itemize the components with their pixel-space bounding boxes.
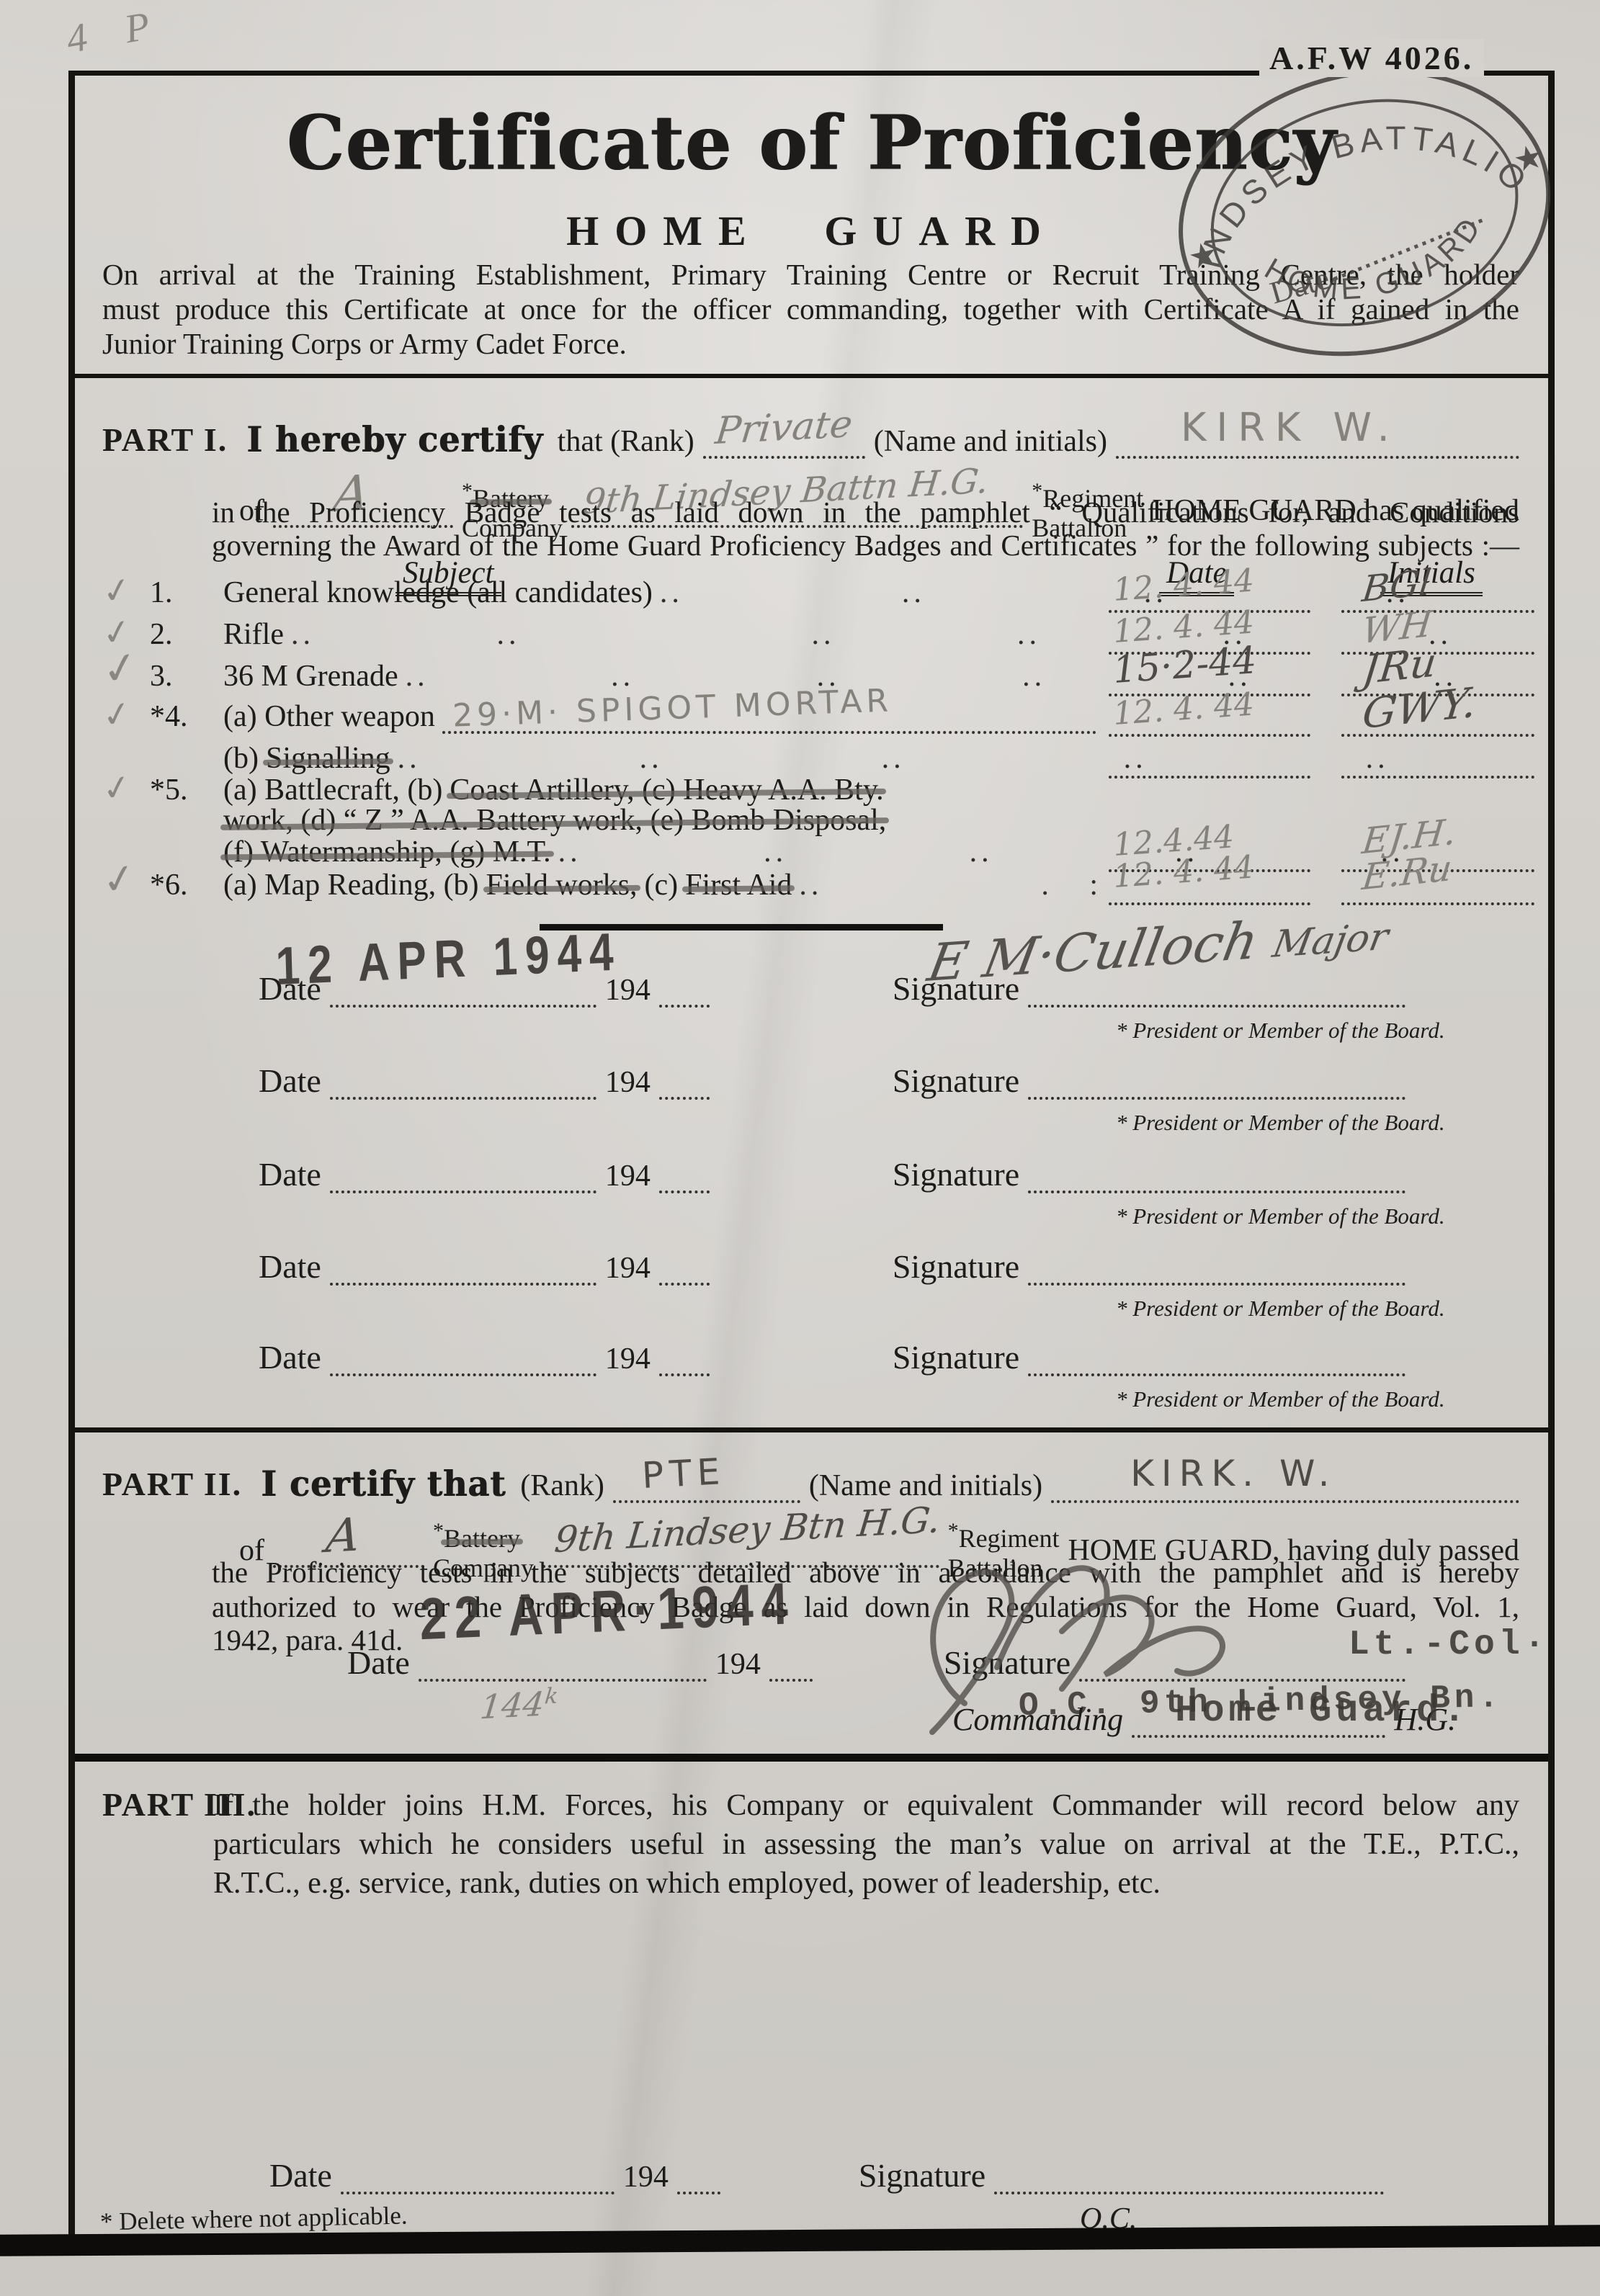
- signature-label: Signature: [893, 1155, 1019, 1193]
- row-number: 1.: [150, 575, 216, 610]
- year-prefix: 194: [605, 1342, 651, 1376]
- battery-label: Battery: [444, 1524, 520, 1553]
- date-label: Date: [259, 1062, 321, 1100]
- board-footnote: * President or Member of the Board.: [1116, 1386, 1445, 1412]
- board-footnote: * President or Member of the Board.: [1116, 1018, 1445, 1044]
- initials-handwritten: E.Ru: [1360, 848, 1454, 898]
- dot-leader: .. . :: [799, 868, 1102, 902]
- initials-cell: E.Ru: [1341, 861, 1534, 905]
- signature-label: Signature: [893, 1062, 1019, 1100]
- part1-paragraph: in the Proficiency Badge tests as laid d…: [212, 498, 1519, 527]
- delete-footnote: * Delete where not applicable.: [100, 2202, 408, 2237]
- board-footnote: * President or Member of the Board.: [1116, 1296, 1445, 1322]
- board-footnote: * President or Member of the Board.: [1116, 1203, 1445, 1229]
- row-number: *6.: [150, 868, 216, 902]
- date-handwritten: 12. 4. 44: [1112, 562, 1255, 609]
- signature-label: Signature: [893, 1247, 1019, 1286]
- subject-text: (a) Other weapon: [223, 699, 435, 734]
- date-label: Date: [269, 2156, 332, 2194]
- signature-label: Signature: [893, 1338, 1019, 1376]
- part3-paragraph: If the holder joins H.M. Forces, his Com…: [213, 1788, 1519, 1823]
- year-prefix: 194: [623, 2160, 669, 2194]
- date-field: [341, 2192, 614, 2194]
- initials-cell: GWY.: [1341, 692, 1534, 737]
- pencil-check-icon: ✓: [98, 640, 146, 697]
- signature-label: Signature: [859, 2156, 986, 2194]
- row-number: 3.: [150, 659, 216, 694]
- board-signature-row: Date 194 Signature: [259, 1335, 1405, 1376]
- date-label: Date: [259, 1338, 321, 1376]
- date-field: [330, 1190, 596, 1193]
- date-label: Date: [259, 1155, 321, 1193]
- date-field: [330, 1005, 596, 1008]
- pencil-check-icon: ✓: [99, 691, 146, 737]
- subject-row: ✓ 2. Rifle .. .. .. .. .. .. ..: [102, 610, 1096, 652]
- initials-handwritten: BGl: [1360, 562, 1433, 610]
- subject-text-struck: First Aid: [685, 868, 792, 902]
- subject-row: ✓ 1. General knowledge (all candidates) …: [102, 568, 1096, 610]
- initials-cell: BGl: [1341, 568, 1534, 613]
- initials-cell: [1341, 734, 1534, 779]
- date-handwritten: 15·2-44: [1112, 639, 1258, 692]
- subject-text: Rifle: [223, 617, 284, 652]
- pencil-check-icon: ✓: [99, 567, 146, 614]
- subject-row: ✓ 3. 36 M Grenade .. .. .. .. .. ..: [102, 652, 1096, 694]
- year-prefix: 194: [715, 1647, 761, 1682]
- commanding-officer-signature: [882, 1487, 1328, 1746]
- pencil-date-note: 144k: [478, 1684, 559, 1727]
- subject-text: General knowledge (all candidates): [223, 575, 653, 610]
- signature-field: [994, 2192, 1384, 2194]
- subject-row: ✓ *4. (a) Other weapon 29·M· SPIGOT MORT…: [102, 692, 1096, 734]
- signature-field: [1028, 1097, 1405, 1100]
- footer-signature-row: Date 194 Signature: [269, 2154, 1384, 2194]
- date-cell: 12. 4. 44: [1109, 861, 1310, 905]
- date-cell: [1109, 734, 1310, 779]
- subject-text-struck: Field works,: [486, 868, 638, 902]
- date-field: [419, 1679, 707, 1682]
- date-field: [330, 1373, 596, 1376]
- date-field: [330, 1283, 596, 1286]
- year-prefix: 194: [605, 1251, 651, 1286]
- part3-paragraph: R.T.C., e.g. service, rank, duties on wh…: [213, 1866, 1519, 1901]
- date-label: Date: [259, 1247, 321, 1286]
- date-label: Date: [347, 1643, 410, 1682]
- part3-paragraph: particulars which he considers useful in…: [213, 1827, 1519, 1862]
- signature-field: [1028, 1005, 1405, 1008]
- date-field: [330, 1097, 596, 1100]
- year-prefix: 194: [605, 1065, 651, 1100]
- pencil-annotation: 4 P: [63, 1, 167, 63]
- row-number: *4.: [150, 699, 216, 734]
- form-reference: A.F.W 4026.: [1259, 39, 1484, 77]
- stamp-arc-bottom: HOME GUARD: [1253, 204, 1500, 328]
- subject-text: (c): [645, 868, 679, 902]
- rank-stamp: Lt.-Col·: [1349, 1625, 1549, 1664]
- signature-field: [1028, 1190, 1405, 1193]
- year-prefix: 194: [605, 1159, 651, 1193]
- board-footnote: * President or Member of the Board.: [1116, 1110, 1445, 1136]
- subject-text: (a) Map Reading, (b): [223, 868, 479, 902]
- subject-row: ✓ *6. (a) Map Reading, (b) Field works, …: [102, 861, 1096, 902]
- board-signature-row: Date 194 Signature: [259, 1244, 1405, 1286]
- pencil-check-icon: ✓: [99, 853, 146, 906]
- board-signature-row: Date 194 Signature: [259, 1058, 1405, 1100]
- board-signature-row: Date 194 Signature: [259, 1152, 1405, 1193]
- signature-field: [1028, 1283, 1405, 1286]
- row-number: 2.: [150, 617, 216, 652]
- section-divider: [75, 1754, 1548, 1762]
- certificate-scan: 4 P A.F.W 4026. LINDSEY BATTALION HOME G…: [0, 0, 1600, 2296]
- date-cell: 12. 4. 44: [1109, 692, 1310, 737]
- signature-field: [1028, 1373, 1405, 1376]
- date-handwritten: 12. 4. 44: [1112, 686, 1255, 732]
- section-divider: [75, 1427, 1548, 1432]
- subject-text: 36 M Grenade: [223, 659, 398, 694]
